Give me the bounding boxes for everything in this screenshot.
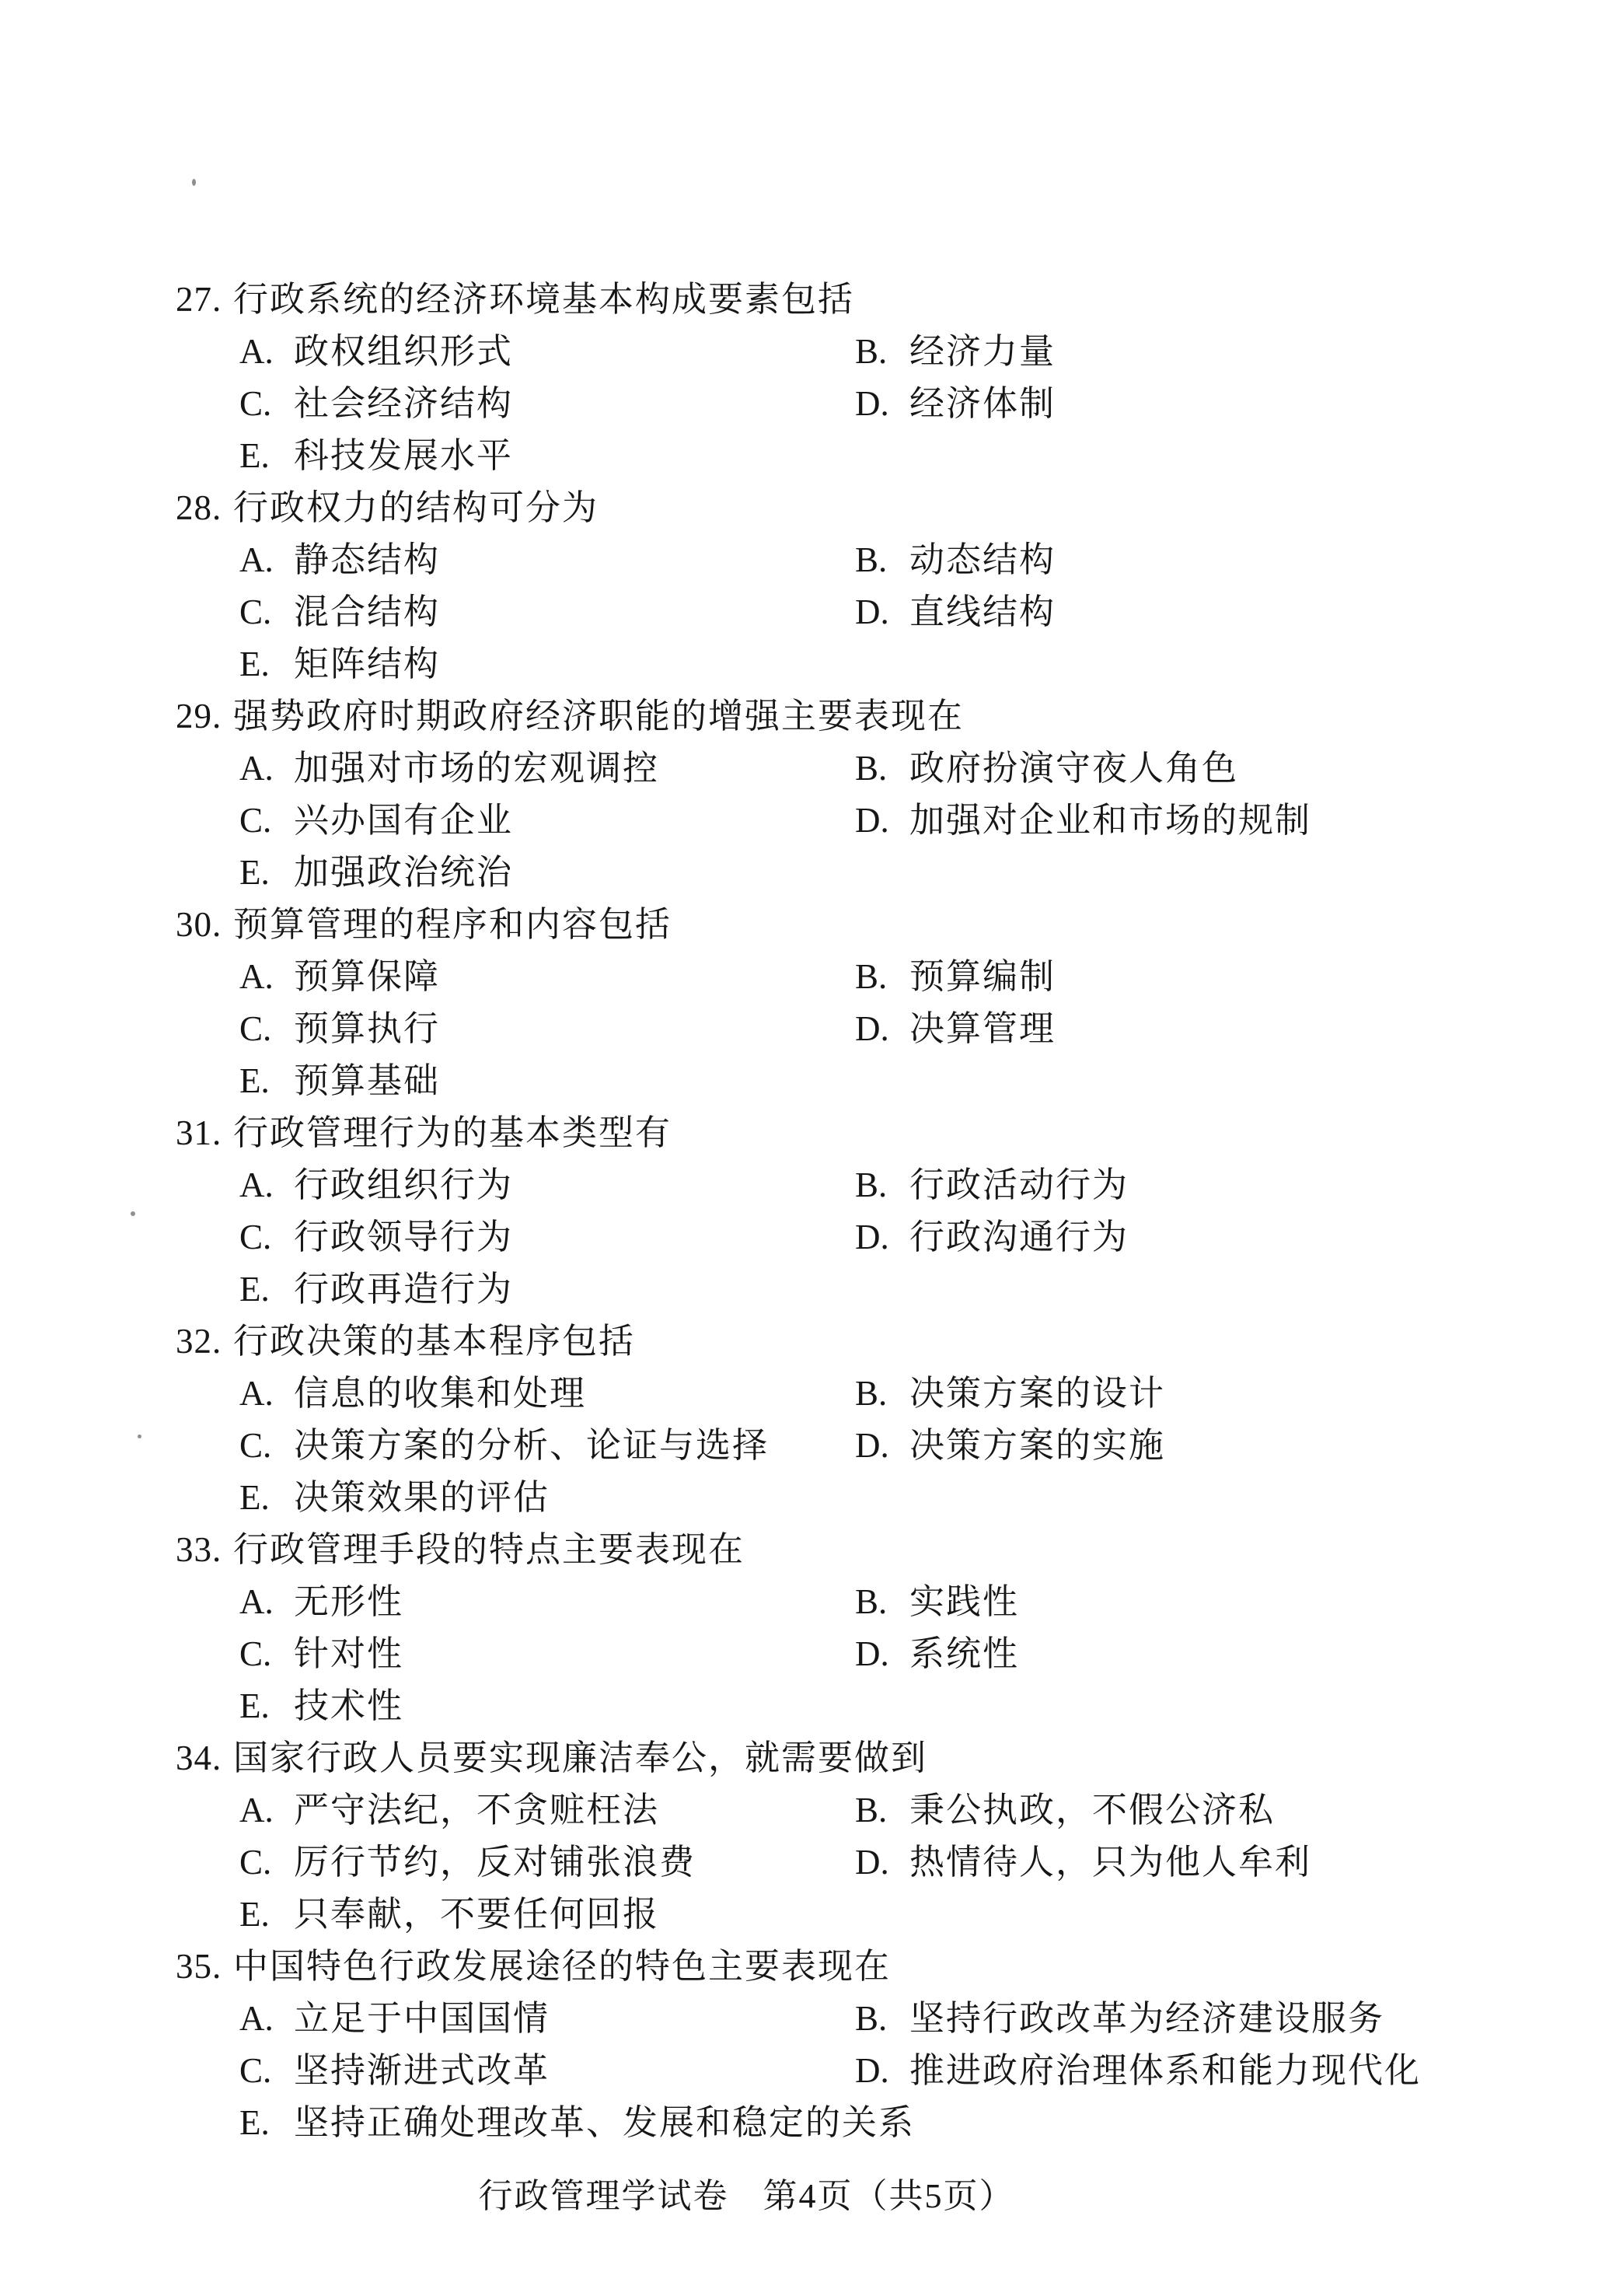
option-label: B. (855, 1784, 909, 1836)
option-row: A.行政组织行为B.行政活动行为 (0, 1159, 1616, 1211)
question-stem-row: 33.行政管理手段的特点主要表现在 (0, 1524, 1616, 1576)
question-block: 34.国家行政人员要实现廉洁奉公，就需要做到 A.严守法纪，不贪赃枉法B.秉公执… (0, 1732, 1616, 1941)
question-options: A.严守法纪，不贪赃枉法B.秉公执政，不假公济私C.厉行节约，反对铺张浪费D.热… (0, 1784, 1616, 1941)
option-label: A. (239, 534, 294, 586)
option-text: 系统性 (909, 1634, 1019, 1673)
option: A.无形性 (239, 1576, 855, 1628)
option-label: E. (239, 1055, 294, 1107)
option-row: A.静态结构B.动态结构 (0, 534, 1616, 586)
question-stem: 行政权力的结构可分为 (233, 488, 599, 527)
exam-page: 27.行政系统的经济环境基本构成要素包括 A.政权组织形式B.经济力量C.社会经… (0, 0, 1616, 2296)
option: E.只奉献，不要任何回报 (239, 1889, 855, 1941)
option: D.系统性 (855, 1628, 1019, 1680)
question-block: 33.行政管理手段的特点主要表现在 A.无形性B.实践性C.针对性D.系统性E.… (0, 1524, 1616, 1732)
question-options: A.立足于中国国情B.坚持行政改革为经济建设服务C.坚持渐进式改革D.推进政府治… (0, 1993, 1616, 2149)
option-label: D. (855, 795, 909, 847)
option-text: 决策效果的评估 (294, 1478, 550, 1517)
option-label: B. (855, 743, 909, 795)
option-row: E.加强政治统治 (0, 847, 1616, 899)
option-text: 无形性 (294, 1582, 403, 1621)
option-label: C. (239, 1003, 294, 1055)
option-label: C. (239, 1211, 294, 1263)
option: C.坚持渐进式改革 (239, 2045, 855, 2097)
option-label: C. (239, 1836, 294, 1889)
question-block: 35.中国特色行政发展途径的特色主要表现在 A.立足于中国国情B.坚持行政改革为… (0, 1941, 1616, 2149)
option-text: 混合结构 (294, 592, 440, 631)
option-label: E. (239, 1472, 294, 1524)
option-label: A. (239, 1368, 294, 1420)
question-number: 33. (176, 1524, 233, 1576)
option: B.决策方案的设计 (855, 1368, 1165, 1420)
option-text: 决策方案的设计 (909, 1374, 1165, 1413)
question-options: A.政权组织形式B.经济力量C.社会经济结构D.经济体制E.科技发展水平 (0, 326, 1616, 482)
option-text: 预算保障 (294, 957, 440, 996)
option-text: 动态结构 (909, 540, 1056, 579)
question-stem: 行政管理手段的特点主要表现在 (233, 1530, 745, 1569)
option-label: D. (855, 1628, 909, 1680)
option: E.预算基础 (239, 1055, 855, 1107)
option: B.坚持行政改革为经济建设服务 (855, 1993, 1384, 2045)
question-number: 30. (176, 899, 233, 951)
option: A.预算保障 (239, 951, 855, 1003)
option: B.动态结构 (855, 534, 1056, 586)
option: D.行政沟通行为 (855, 1211, 1129, 1263)
question-number: 29. (176, 690, 233, 743)
question-stem-row: 28.行政权力的结构可分为 (0, 482, 1616, 534)
option-label: D. (855, 378, 909, 430)
option-text: 加强政治统治 (294, 853, 513, 892)
option: A.静态结构 (239, 534, 855, 586)
question-number: 32. (176, 1316, 233, 1368)
option-label: A. (239, 1576, 294, 1628)
option-label: C. (239, 586, 294, 638)
option-label: D. (855, 2045, 909, 2097)
option-text: 坚持正确处理改革、发展和稳定的关系 (294, 2103, 915, 2142)
option-row: E.行政再造行为 (0, 1263, 1616, 1316)
option: B.实践性 (855, 1576, 1019, 1628)
option-label: A. (239, 1784, 294, 1836)
option: D.直线结构 (855, 586, 1056, 638)
scan-speck (192, 179, 196, 186)
option: E.矩阵结构 (239, 638, 855, 690)
question-stem-row: 29.强势政府时期政府经济职能的增强主要表现在 (0, 690, 1616, 743)
option-label: D. (855, 1003, 909, 1055)
option: C.混合结构 (239, 586, 855, 638)
option-label: A. (239, 743, 294, 795)
option-label: D. (855, 1211, 909, 1263)
option: D.决算管理 (855, 1003, 1056, 1055)
option-row: C.预算执行D.决算管理 (0, 1003, 1616, 1055)
option-text: 静态结构 (294, 540, 440, 579)
option-text: 只奉献，不要任何回报 (294, 1895, 659, 1934)
question-block: 28.行政权力的结构可分为 A.静态结构B.动态结构C.混合结构D.直线结构E.… (0, 482, 1616, 690)
option: C.社会经济结构 (239, 378, 855, 430)
option-text: 预算编制 (909, 957, 1056, 996)
option: A.加强对市场的宏观调控 (239, 743, 855, 795)
option-text: 政府扮演守夜人角色 (909, 749, 1238, 788)
option-label: E. (239, 1680, 294, 1732)
option-text: 经济力量 (909, 332, 1056, 371)
option: C.厉行节约，反对铺张浪费 (239, 1836, 855, 1889)
option-text: 实践性 (909, 1582, 1019, 1621)
option-label: C. (239, 378, 294, 430)
option-text: 针对性 (294, 1634, 403, 1673)
option-text: 决策方案的分析、论证与选择 (294, 1426, 769, 1465)
option: A.立足于中国国情 (239, 1993, 855, 2045)
option: D.热情待人，只为他人牟利 (855, 1836, 1311, 1889)
option-text: 秉公执政，不假公济私 (909, 1791, 1275, 1829)
question-stem-row: 27.行政系统的经济环境基本构成要素包括 (0, 274, 1616, 326)
question-stem: 国家行政人员要实现廉洁奉公，就需要做到 (233, 1739, 927, 1777)
option: E.科技发展水平 (239, 430, 855, 482)
option-text: 厉行节约，反对铺张浪费 (294, 1843, 696, 1882)
option-label: E. (239, 2097, 294, 2149)
question-stem: 行政决策的基本程序包括 (233, 1322, 635, 1361)
option-text: 经济体制 (909, 384, 1056, 423)
question-stem: 行政系统的经济环境基本构成要素包括 (233, 280, 854, 319)
option-row: A.预算保障B.预算编制 (0, 951, 1616, 1003)
option-row: C.厉行节约，反对铺张浪费D.热情待人，只为他人牟利 (0, 1836, 1616, 1889)
option-label: D. (855, 1836, 909, 1889)
option: A.严守法纪，不贪赃枉法 (239, 1784, 855, 1836)
option-label: E. (239, 638, 294, 690)
option: B.政府扮演守夜人角色 (855, 743, 1238, 795)
question-block: 32.行政决策的基本程序包括 A.信息的收集和处理B.决策方案的设计C.决策方案… (0, 1316, 1616, 1524)
option-row: A.无形性B.实践性 (0, 1576, 1616, 1628)
option-row: E.科技发展水平 (0, 430, 1616, 482)
option-text: 预算执行 (294, 1009, 440, 1048)
option: B.经济力量 (855, 326, 1056, 378)
option-text: 技术性 (294, 1686, 403, 1725)
option-row: A.加强对市场的宏观调控B.政府扮演守夜人角色 (0, 743, 1616, 795)
option-label: C. (239, 1420, 294, 1472)
question-stem-row: 32.行政决策的基本程序包括 (0, 1316, 1616, 1368)
option-row: E.坚持正确处理改革、发展和稳定的关系 (0, 2097, 1616, 2149)
option-label: C. (239, 2045, 294, 2097)
option: C.决策方案的分析、论证与选择 (239, 1420, 855, 1472)
question-block: 29.强势政府时期政府经济职能的增强主要表现在 A.加强对市场的宏观调控B.政府… (0, 690, 1616, 899)
option: E.行政再造行为 (239, 1263, 855, 1316)
option-label: B. (855, 1368, 909, 1420)
option-text: 热情待人，只为他人牟利 (909, 1843, 1311, 1882)
question-stem-row: 30.预算管理的程序和内容包括 (0, 899, 1616, 951)
footer-exam-title: 行政管理学试卷 (479, 2177, 729, 2215)
question-list: 27.行政系统的经济环境基本构成要素包括 A.政权组织形式B.经济力量C.社会经… (0, 274, 1616, 2149)
option-label: E. (239, 1263, 294, 1316)
question-options: A.静态结构B.动态结构C.混合结构D.直线结构E.矩阵结构 (0, 534, 1616, 690)
option-text: 行政组织行为 (294, 1165, 513, 1204)
option-text: 行政领导行为 (294, 1218, 513, 1256)
option: E.技术性 (239, 1680, 855, 1732)
option: B.行政活动行为 (855, 1159, 1129, 1211)
option-label: A. (239, 326, 294, 378)
question-stem-row: 31.行政管理行为的基本类型有 (0, 1107, 1616, 1159)
option-row: C.坚持渐进式改革D.推进政府治理体系和能力现代化 (0, 2045, 1616, 2097)
question-stem: 强势政府时期政府经济职能的增强主要表现在 (233, 697, 964, 736)
option: C.针对性 (239, 1628, 855, 1680)
option-label: E. (239, 847, 294, 899)
option: B.秉公执政，不假公济私 (855, 1784, 1275, 1836)
option-row: C.兴办国有企业D.加强对企业和市场的规制 (0, 795, 1616, 847)
option-text: 加强对市场的宏观调控 (294, 749, 659, 788)
question-options: A.行政组织行为B.行政活动行为C.行政领导行为D.行政沟通行为E.行政再造行为 (0, 1159, 1616, 1316)
option-label: B. (855, 1993, 909, 2045)
option-label: B. (855, 534, 909, 586)
option-label: E. (239, 430, 294, 482)
option-text: 兴办国有企业 (294, 801, 513, 840)
option-label: B. (855, 951, 909, 1003)
option: E.坚持正确处理改革、发展和稳定的关系 (239, 2097, 855, 2149)
option-text: 决算管理 (909, 1009, 1056, 1048)
option: A.信息的收集和处理 (239, 1368, 855, 1420)
option: A.政权组织形式 (239, 326, 855, 378)
question-number: 28. (176, 482, 233, 534)
option-row: A.政权组织形式B.经济力量 (0, 326, 1616, 378)
question-options: A.预算保障B.预算编制C.预算执行D.决算管理E.预算基础 (0, 951, 1616, 1107)
option-label: B. (855, 1576, 909, 1628)
option-row: C.社会经济结构D.经济体制 (0, 378, 1616, 430)
option-row: A.严守法纪，不贪赃枉法B.秉公执政，不假公济私 (0, 1784, 1616, 1836)
option-label: E. (239, 1889, 294, 1941)
option-row: C.混合结构D.直线结构 (0, 586, 1616, 638)
option-text: 信息的收集和处理 (294, 1374, 586, 1413)
question-stem: 中国特色行政发展途径的特色主要表现在 (233, 1947, 891, 1986)
option-label: B. (855, 326, 909, 378)
option-text: 政权组织形式 (294, 332, 513, 371)
question-block: 30.预算管理的程序和内容包括 A.预算保障B.预算编制C.预算执行D.决算管理… (0, 899, 1616, 1107)
option-label: A. (239, 1159, 294, 1211)
option-label: A. (239, 1993, 294, 2045)
option: E.决策效果的评估 (239, 1472, 855, 1524)
option-label: C. (239, 1628, 294, 1680)
option: D.推进政府治理体系和能力现代化 (855, 2045, 1421, 2097)
option-row: A.信息的收集和处理B.决策方案的设计 (0, 1368, 1616, 1420)
option-text: 科技发展水平 (294, 436, 513, 475)
option-label: C. (239, 795, 294, 847)
question-block: 27.行政系统的经济环境基本构成要素包括 A.政权组织形式B.经济力量C.社会经… (0, 274, 1616, 482)
option-label: D. (855, 1420, 909, 1472)
option-text: 坚持渐进式改革 (294, 2051, 550, 2090)
option-label: B. (855, 1159, 909, 1211)
question-stem: 预算管理的程序和内容包括 (233, 905, 672, 944)
question-number: 27. (176, 274, 233, 326)
question-options: A.信息的收集和处理B.决策方案的设计C.决策方案的分析、论证与选择D.决策方案… (0, 1368, 1616, 1524)
option-row: C.针对性D.系统性 (0, 1628, 1616, 1680)
option-text: 严守法纪，不贪赃枉法 (294, 1791, 659, 1829)
option-text: 加强对企业和市场的规制 (909, 801, 1311, 840)
option: D.经济体制 (855, 378, 1056, 430)
option-row: E.决策效果的评估 (0, 1472, 1616, 1524)
option-row: E.只奉献，不要任何回报 (0, 1889, 1616, 1941)
option: C.兴办国有企业 (239, 795, 855, 847)
option-row: C.行政领导行为D.行政沟通行为 (0, 1211, 1616, 1263)
option-row: A.立足于中国国情B.坚持行政改革为经济建设服务 (0, 1993, 1616, 2045)
option-text: 行政活动行为 (909, 1165, 1129, 1204)
option-text: 社会经济结构 (294, 384, 513, 423)
option-text: 直线结构 (909, 592, 1056, 631)
question-number: 35. (176, 1941, 233, 1993)
question-options: A.加强对市场的宏观调控B.政府扮演守夜人角色C.兴办国有企业D.加强对企业和市… (0, 743, 1616, 899)
option-label: A. (239, 951, 294, 1003)
option-text: 矩阵结构 (294, 645, 440, 683)
option-text: 预算基础 (294, 1061, 440, 1100)
footer-page-info: 第4页（共5页） (763, 2177, 1015, 2215)
question-number: 34. (176, 1732, 233, 1784)
option: C.行政领导行为 (239, 1211, 855, 1263)
option: B.预算编制 (855, 951, 1056, 1003)
page-footer: 行政管理学试卷第4页（共5页） (0, 2168, 1555, 2217)
option-text: 行政再造行为 (294, 1270, 513, 1309)
question-stem: 行政管理行为的基本类型有 (233, 1113, 672, 1152)
option-text: 立足于中国国情 (294, 1999, 550, 2038)
option: A.行政组织行为 (239, 1159, 855, 1211)
option-text: 坚持行政改革为经济建设服务 (909, 1999, 1384, 2038)
option-row: C.决策方案的分析、论证与选择D.决策方案的实施 (0, 1420, 1616, 1472)
option: C.预算执行 (239, 1003, 855, 1055)
option-text: 推进政府治理体系和能力现代化 (909, 2051, 1421, 2090)
option-text: 行政沟通行为 (909, 1218, 1129, 1256)
option: D.决策方案的实施 (855, 1420, 1165, 1472)
question-block: 31.行政管理行为的基本类型有 A.行政组织行为B.行政活动行为C.行政领导行为… (0, 1107, 1616, 1316)
option: D.加强对企业和市场的规制 (855, 795, 1311, 847)
option: E.加强政治统治 (239, 847, 855, 899)
question-number: 31. (176, 1107, 233, 1159)
question-options: A.无形性B.实践性C.针对性D.系统性E.技术性 (0, 1576, 1616, 1732)
question-stem-row: 34.国家行政人员要实现廉洁奉公，就需要做到 (0, 1732, 1616, 1784)
option-row: E.预算基础 (0, 1055, 1616, 1107)
question-stem-row: 35.中国特色行政发展途径的特色主要表现在 (0, 1941, 1616, 1993)
option-label: D. (855, 586, 909, 638)
option-row: E.矩阵结构 (0, 638, 1616, 690)
option-text: 决策方案的实施 (909, 1426, 1165, 1465)
option-row: E.技术性 (0, 1680, 1616, 1732)
